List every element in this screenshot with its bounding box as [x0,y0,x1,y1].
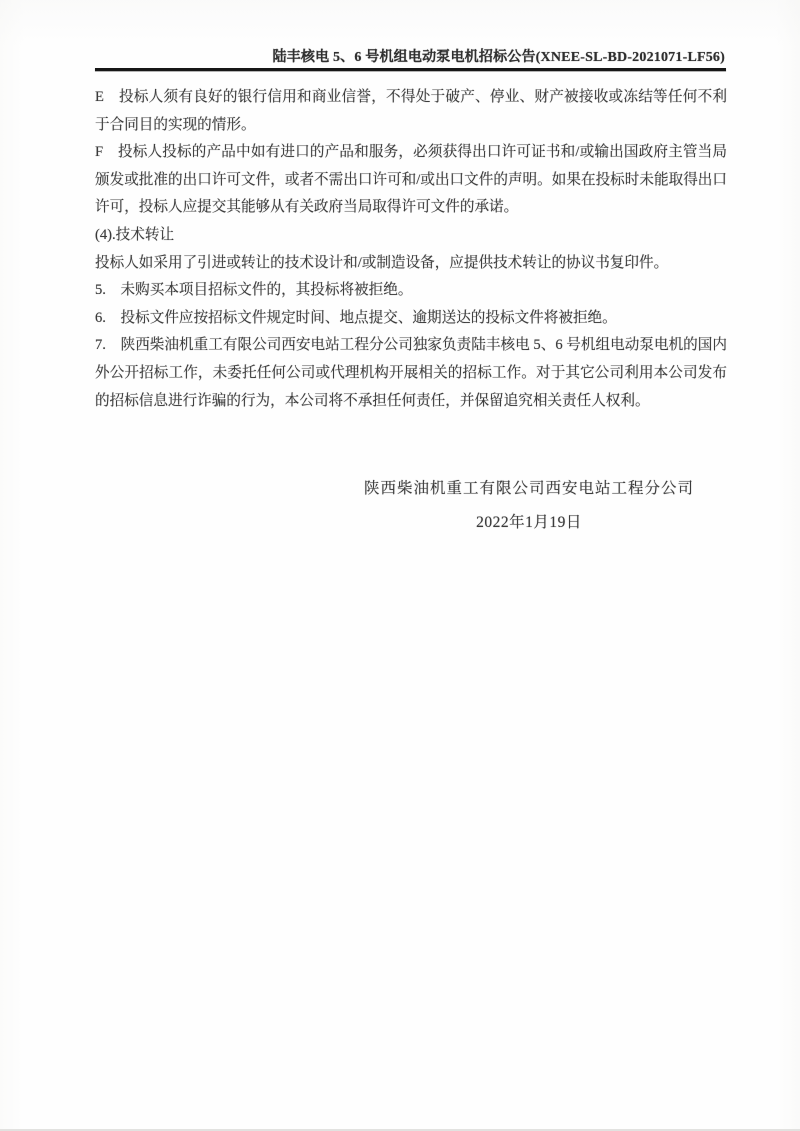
signature-company: 陕西柴油机重工有限公司西安电站工程分公司 [364,478,694,500]
document-body: E 投标人须有良好的银行信用和商业信誉，不得处于破产、停业、财产被接收或冻结等任… [95,84,727,415]
document-page: 陆丰核电 5、6 号机组电动泵电机招标公告(XNEE-SL-BD-2021071… [0,0,800,1131]
clause-5: 5. 未购买本项目招标文件的，其投标将被拒绝。 [95,277,727,305]
clause-e: E 投标人须有良好的银行信用和商业信誉，不得处于破产、停业、财产被接收或冻结等任… [95,84,727,139]
clause-6: 6. 投标文件应按招标文件规定时间、地点提交、逾期送达的投标文件将被拒绝。 [95,305,727,333]
clause-7: 7. 陕西柴油机重工有限公司西安电站工程分公司独家负责陆丰核电 5、6 号机组电… [95,332,727,415]
header-underline [95,68,726,71]
clause-f: F 投标人投标的产品中如有进口的产品和服务，必须获得出口许可证书和/或输出国政府… [95,139,727,222]
section-4-heading: (4).技术转让 [95,222,727,250]
signature-block: 陕西柴油机重工有限公司西安电站工程分公司 2022年1月19日 [364,478,694,534]
page-header-title: 陆丰核电 5、6 号机组电动泵电机招标公告(XNEE-SL-BD-2021071… [95,46,725,66]
section-4-body: 投标人如采用了引进或转让的技术设计和/或制造设备，应提供技术转让的协议书复印件。 [95,250,727,278]
signature-date: 2022年1月19日 [364,512,694,534]
